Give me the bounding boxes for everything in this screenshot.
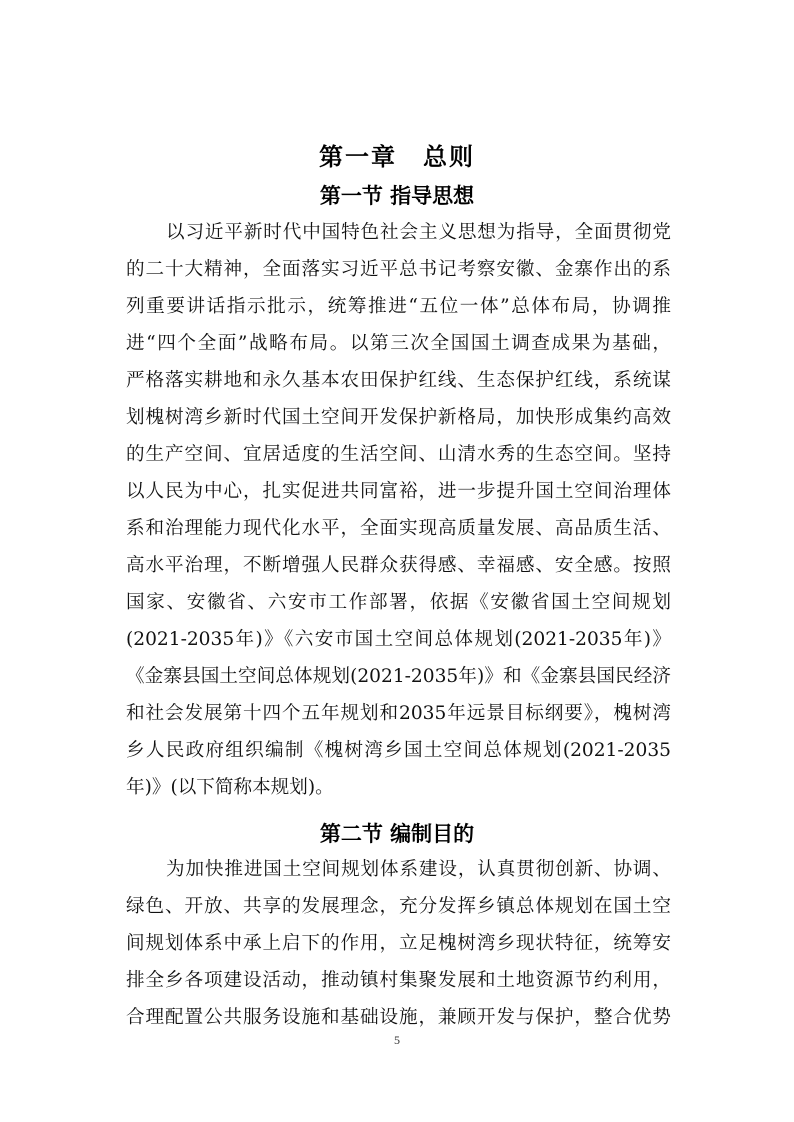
paragraph-line: 为加快推进国土空间规划体系建设，认真贯彻创新、协调、: [126, 851, 671, 888]
paragraph-line: 的二十大精神，全面落实习近平总书记考察安徽、金寨作出的系: [126, 251, 671, 288]
paragraph-line: 《金寨县国土空间总体规划(2021-2035年)》和《金寨县国民经济: [126, 658, 671, 695]
paragraph-line: 间规划体系中承上启下的作用，立足槐树湾乡现状特征，统筹安: [126, 925, 671, 962]
paragraph-line: 年)》(以下简称本规划)。: [126, 769, 671, 806]
paragraph-line: 以人民为中心，扎实促进共同富裕，进一步提升国土空间治理体: [126, 473, 671, 510]
paragraph-line: 和社会发展第十四个五年规划和2035年远景目标纲要》，槐树湾: [126, 695, 671, 732]
paragraph-line: 排全乡各项建设活动，推动镇村集聚发展和土地资源节约利用，: [126, 962, 671, 999]
chapter-title: 第一章 总则: [0, 137, 794, 172]
paragraph-line: (2021-2035年)》《六安市国土空间总体规划(2021-2035年)》: [126, 621, 671, 658]
paragraph-line: 合理配置公共服务设施和基础设施，兼顾开发与保护，整合优势: [126, 999, 671, 1036]
section-title-guiding-ideology: 第一节 指导思想: [0, 180, 794, 210]
section-body-compilation-purpose: 为加快推进国土空间规划体系建设，认真贯彻创新、协调、 绿色、开放、共享的发展理念…: [126, 851, 671, 1036]
paragraph-line: 进“四个全面”战略布局。以第三次全国国土调查成果为基础，: [126, 325, 671, 362]
paragraph-line: 国家、安徽省、六安市工作部署，依据《安徽省国土空间规划: [126, 584, 671, 621]
paragraph-line: 绿色、开放、共享的发展理念，充分发挥乡镇总体规划在国土空: [126, 888, 671, 925]
paragraph-line: 列重要讲话指示批示，统筹推进“五位一体”总体布局，协调推: [126, 288, 671, 325]
paragraph-line: 系和治理能力现代化水平，全面实现高质量发展、高品质生活、: [126, 510, 671, 547]
section-body-guiding-ideology: 以习近平新时代中国特色社会主义思想为指导，全面贯彻党 的二十大精神，全面落实习近…: [126, 214, 671, 806]
paragraph-line: 乡人民政府组织编制《槐树湾乡国土空间总体规划(2021-2035: [126, 732, 671, 769]
page-number: 5: [0, 1033, 794, 1048]
paragraph-line: 严格落实耕地和永久基本农田保护红线、生态保护红线，系统谋: [126, 362, 671, 399]
paragraph-line: 高水平治理，不断增强人民群众获得感、幸福感、安全感。按照: [126, 547, 671, 584]
document-page: 第一章 总则 第一节 指导思想 以习近平新时代中国特色社会主义思想为指导，全面贯…: [0, 0, 794, 1122]
section-title-compilation-purpose: 第二节 编制目的: [0, 818, 794, 848]
paragraph-line: 的生产空间、宜居适度的生活空间、山清水秀的生态空间。坚持: [126, 436, 671, 473]
paragraph-line: 以习近平新时代中国特色社会主义思想为指导，全面贯彻党: [126, 214, 671, 251]
paragraph-line: 划槐树湾乡新时代国土空间开发保护新格局，加快形成集约高效: [126, 399, 671, 436]
